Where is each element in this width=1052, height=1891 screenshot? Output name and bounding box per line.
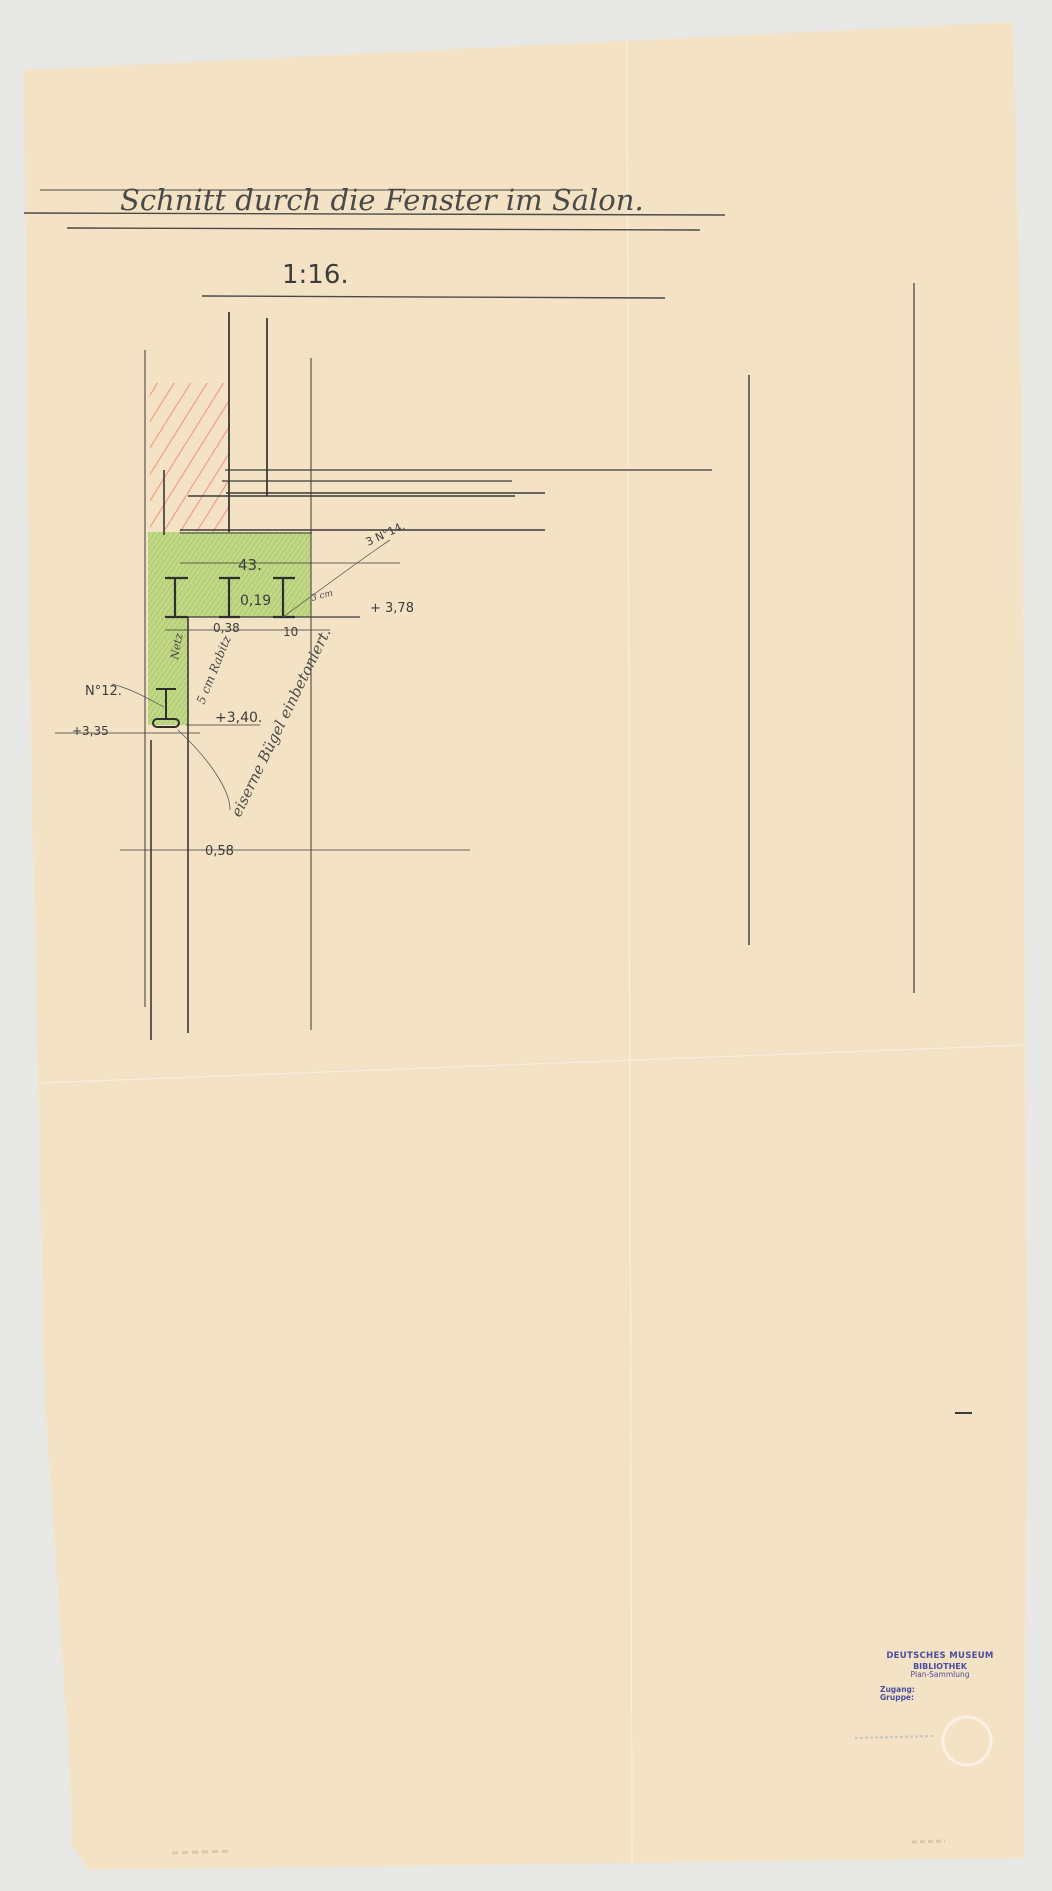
- dimension-058: 0,58: [205, 844, 234, 859]
- level-378: + 3,78: [370, 601, 414, 616]
- stamp-institution: DEUTSCHES MUSEUM: [880, 1652, 1000, 1662]
- library-stamp: DEUTSCHES MUSEUM BIBLIOTHEK Plan-Sammlun…: [880, 1652, 1000, 1703]
- scale-label: 1:16.: [282, 260, 349, 290]
- stamp-group-label: Gruppe:: [880, 1694, 1000, 1703]
- stamp-collection: Plan-Sammlung: [880, 1671, 1000, 1680]
- label-no12: N°12.: [85, 684, 122, 699]
- level-335: +3,35: [72, 724, 109, 738]
- masonry-wall-hatch: [150, 383, 230, 533]
- dimension-038: 0,38: [213, 621, 240, 635]
- level-340: +3,40.: [215, 710, 262, 726]
- drawing-title: Schnitt durch die Fenster im Salon.: [120, 183, 644, 217]
- bleed-through-mark-right: [912, 1841, 945, 1842]
- dimension-10: 10: [283, 625, 298, 639]
- dimension-43: 43.: [238, 556, 262, 574]
- dimension-beam-height: 0,19: [240, 593, 271, 609]
- drawing-sheet: Schnitt durch die Fenster im Salon. 1:16…: [0, 0, 1052, 1891]
- paper-sheet: [24, 22, 1027, 1870]
